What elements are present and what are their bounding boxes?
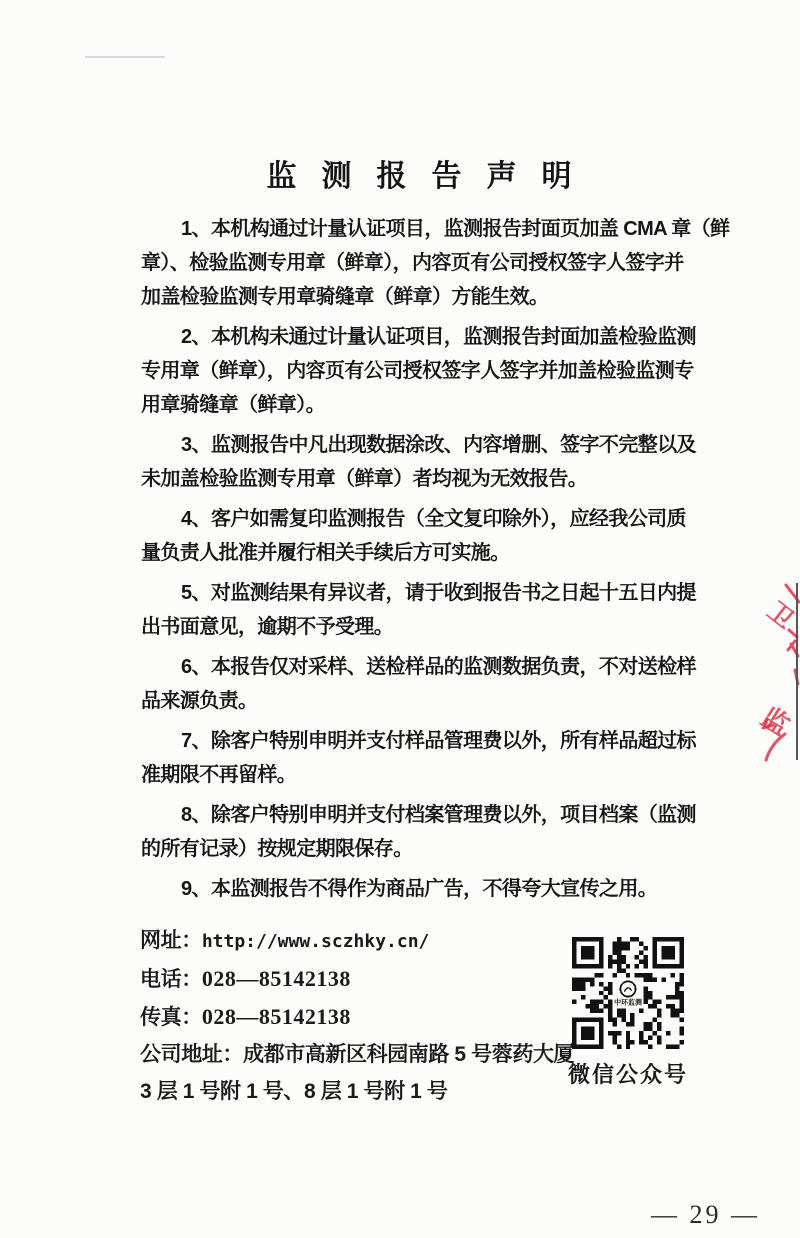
paragraph-line: 4、客户如需复印监测报告（全文复印除外），应经我公司质 [141,502,698,536]
statement-paragraph: 2、本机构未通过计量认证项目，监测报告封面加盖检验监测专用章（鲜章），内容页有公… [141,320,698,422]
statement-paragraph: 6、本报告仅对采样、送检样品的监测数据负责，不对送检样品来源负责。 [141,650,698,718]
scan-artifact-line [85,56,165,58]
statement-paragraphs: 1、本机构通过计量认证项目，监测报告封面页加盖 CMA 章（鲜章）、检验监测专用… [141,212,698,912]
statement-paragraph: 9、本监测报告不得作为商品广告，不得夸大宣传之用。 [141,872,698,906]
paragraph-line: 量负责人批准并履行相关手续后方可实施。 [141,536,698,570]
contact-value: http://www.sczhky.cn/ [202,931,430,952]
paragraph-line: 7、除客户特别申明并支付样品管理费以外，所有样品超过标 [141,724,698,758]
paragraph-line: 出书面意见，逾期不予受理。 [141,610,698,644]
paragraph-line: 1、本机构通过计量认证项目，监测报告封面页加盖 CMA 章（鲜 [141,212,698,246]
paragraph-line: 5、对监测结果有异议者，请于收到报告书之日起十五日内提 [141,576,698,610]
paragraph-line: 8、除客户特别申明并支付档案管理费以外，项目档案（监测 [141,798,698,832]
statement-paragraph: 5、对监测结果有异议者，请于收到报告书之日起十五日内提出书面意见，逾期不予受理。 [141,576,698,644]
contact-row: 电话：028—85142138 [140,960,585,998]
paragraph-line: 专用章（鲜章），内容页有公司授权签字人签字并加盖检验监测专 [141,354,698,388]
paragraph-line: 章）、检验监测专用章（鲜章），内容页有公司授权签字人签字并 [141,246,698,280]
paragraph-line: 用章骑缝章（鲜章）。 [141,388,698,422]
statement-paragraph: 1、本机构通过计量认证项目，监测报告封面页加盖 CMA 章（鲜章）、检验监测专用… [141,212,698,314]
paragraph-line: 加盖检验监测专用章骑缝章（鲜章）方能生效。 [141,280,698,314]
paragraph-line: 3、监测报告中凡出现数据涂改、内容增删、签字不完整以及 [141,428,698,462]
scan-edge-line [796,583,798,760]
paragraph-line: 品来源负责。 [141,684,698,718]
contact-value: 028—85142138 [202,1004,351,1029]
qr-caption: 微信公众号 [565,1058,691,1089]
paragraph-line: 未加盖检验监测专用章（鲜章）者均视为无效报告。 [141,462,698,496]
wechat-qr-code: 中环监测 [571,937,685,1049]
page-title: 监测报告声明 [153,158,710,196]
qr-logo-text: 中环监测 [614,998,642,1007]
qr-code-image: 中环监测 [571,937,685,1049]
contact-row: 网址：http://www.sczhky.cn/ [140,922,585,960]
contact-info: 网址：http://www.sczhky.cn/电话：028—85142138传… [140,922,585,1110]
paragraph-line: 9、本监测报告不得作为商品广告，不得夸大宣传之用。 [141,872,698,906]
statement-paragraph: 8、除客户特别申明并支付档案管理费以外，项目档案（监测的所有记录）按规定期限保存… [141,798,698,866]
contact-row: 传真：028—85142138 [140,998,585,1036]
contact-label: 传真： [140,1006,202,1029]
contact-label: 公司地址： [140,1043,243,1066]
partial-red-stamp: 卫 监 [755,578,800,768]
contact-row: 公司地址：成都市高新区科园南路 5 号蓉药大厦 [140,1036,585,1073]
contact-row: 3 层 1 号附 1 号、8 层 1 号附 1 号 [140,1073,585,1110]
paragraph-line: 6、本报告仅对采样、送检样品的监测数据负责，不对送检样 [141,650,698,684]
contact-value: 028—85142138 [202,966,351,991]
statement-paragraph: 4、客户如需复印监测报告（全文复印除外），应经我公司质量负责人批准并履行相关手续… [141,502,698,570]
paragraph-line: 的所有记录）按规定期限保存。 [141,832,698,866]
statement-paragraph: 3、监测报告中凡出现数据涂改、内容增删、签字不完整以及未加盖检验监测专用章（鲜章… [141,428,698,496]
page-number: — 29 — [651,1200,760,1230]
paragraph-line: 2、本机构未通过计量认证项目，监测报告封面加盖检验监测 [141,320,698,354]
document-page: 监测报告声明 1、本机构通过计量认证项目，监测报告封面页加盖 CMA 章（鲜章）… [0,0,800,1238]
contact-label: 网址： [140,929,202,952]
statement-paragraph: 7、除客户特别申明并支付样品管理费以外，所有样品超过标准期限不再留样。 [141,724,698,792]
contact-label: 电话： [140,968,202,991]
contact-value: 3 层 1 号附 1 号、8 层 1 号附 1 号 [140,1080,447,1103]
paragraph-line: 准期限不再留样。 [141,758,698,792]
contact-value: 成都市高新区科园南路 5 号蓉药大厦 [243,1043,574,1066]
